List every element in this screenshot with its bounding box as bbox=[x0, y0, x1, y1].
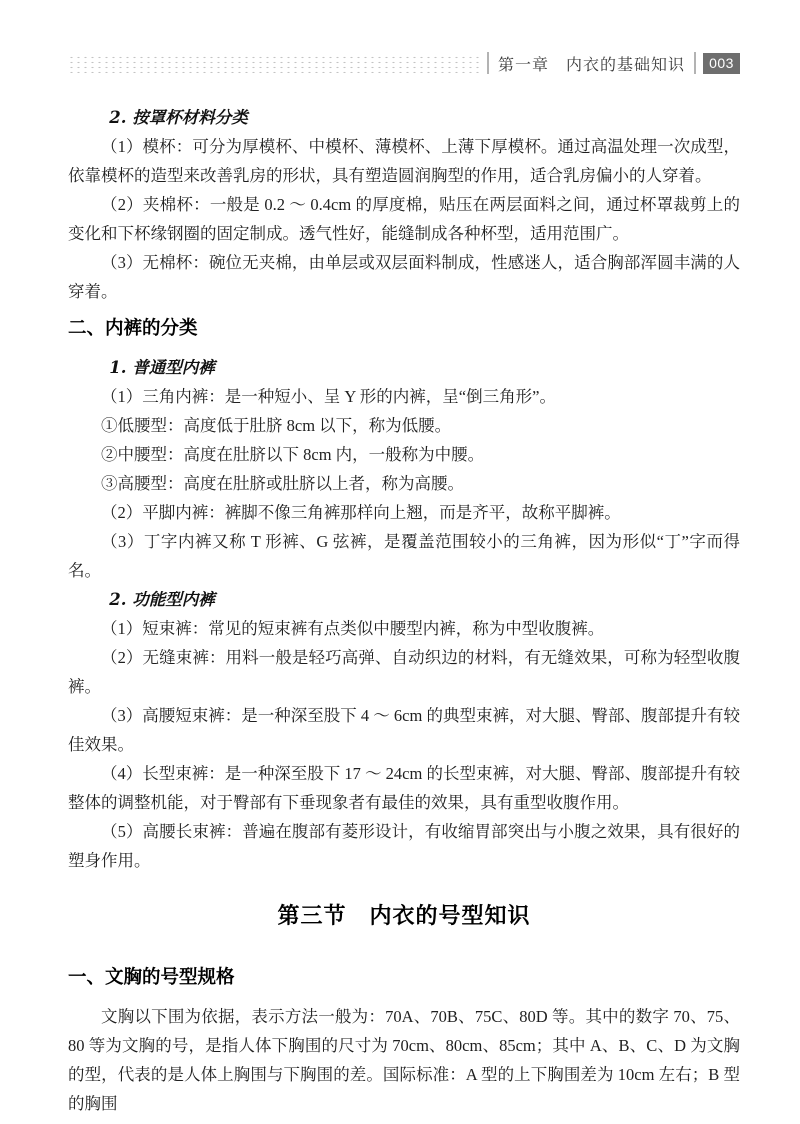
paragraph: （2）平脚内裤：裤脚不像三角裤那样向上翘，而是齐平，故称平脚裤。 bbox=[68, 498, 740, 527]
page-body: 2. 按罩杯材料分类（1）模杯：可分为厚模杯、中模杯、薄模杯、上薄下厚模杯。通过… bbox=[68, 103, 740, 1118]
paragraph: （2）夹棉杯：一般是 0.2 ～ 0.4cm 的厚度棉，贴压在两层面料之间，通过… bbox=[68, 190, 740, 248]
paragraph: ③高腰型：高度在肚脐或肚脐以上者，称为高腰。 bbox=[68, 469, 740, 498]
section-heading: 二、内裤的分类 bbox=[68, 316, 740, 340]
paragraph: 文胸以下围为依据，表示方法一般为：70A、70B、75C、80D 等。其中的数字… bbox=[68, 1002, 740, 1118]
book-page: 第一章 内衣的基础知识 003 2. 按罩杯材料分类（1）模杯：可分为厚模杯、中… bbox=[0, 0, 800, 1124]
paragraph: （4）长型束裤：是一种深至股下 17 ～ 24cm 的长型束裤，对大腿、臀部、腹… bbox=[68, 759, 740, 817]
header-dot-pattern bbox=[68, 54, 480, 73]
paragraph: （1）三角内裤：是一种短小、呈 Y 形的内裤，呈“倒三角形”。 bbox=[68, 382, 740, 411]
paragraph: （3）丁字内裤又称 T 形裤、G 弦裤，是覆盖范围较小的三角裤，因为形似“丁”字… bbox=[68, 527, 740, 585]
subsection-heading: 1. 普通型内裤 bbox=[68, 353, 740, 382]
header-divider-bar bbox=[694, 52, 696, 74]
paragraph: （3）无棉杯：碗位无夹棉，由单层或双层面料制成，性感迷人，适合胸部浑圆丰满的人穿… bbox=[68, 248, 740, 306]
chapter-title: 第一章 内衣的基础知识 bbox=[498, 52, 685, 75]
running-header: 第一章 内衣的基础知识 003 bbox=[68, 52, 740, 74]
subsection-heading: 2. 按罩杯材料分类 bbox=[68, 103, 740, 132]
page-content: 第一章 内衣的基础知识 003 2. 按罩杯材料分类（1）模杯：可分为厚模杯、中… bbox=[0, 52, 800, 1118]
paragraph: （1）短束裤：常见的短束裤有点类似中腰型内裤，称为中型收腹裤。 bbox=[68, 614, 740, 643]
header-divider-bar bbox=[487, 52, 489, 74]
page-number-badge: 003 bbox=[703, 53, 740, 74]
paragraph: （1）模杯：可分为厚模杯、中模杯、薄模杯、上薄下厚模杯。通过高温处理一次成型，依… bbox=[68, 132, 740, 190]
paragraph: （5）高腰长束裤：普遍在腹部有菱形设计，有收缩胃部突出与小腹之效果，具有很好的塑… bbox=[68, 817, 740, 875]
paragraph: ①低腰型：高度低于肚脐 8cm 以下，称为低腰。 bbox=[68, 411, 740, 440]
section-heading: 一、文胸的号型规格 bbox=[68, 965, 740, 989]
paragraph: ②中腰型：高度在肚脐以下 8cm 内，一般称为中腰。 bbox=[68, 440, 740, 469]
paragraph: （3）高腰短束裤：是一种深至股下 4 ～ 6cm 的典型束裤，对大腿、臀部、腹部… bbox=[68, 701, 740, 759]
paragraph: （2）无缝束裤：用料一般是轻巧高弹、自动织边的材料，有无缝效果，可称为轻型收腹裤… bbox=[68, 643, 740, 701]
subsection-heading: 2. 功能型内裤 bbox=[68, 585, 740, 614]
section-title: 第三节 内衣的号型知识 bbox=[68, 901, 740, 931]
